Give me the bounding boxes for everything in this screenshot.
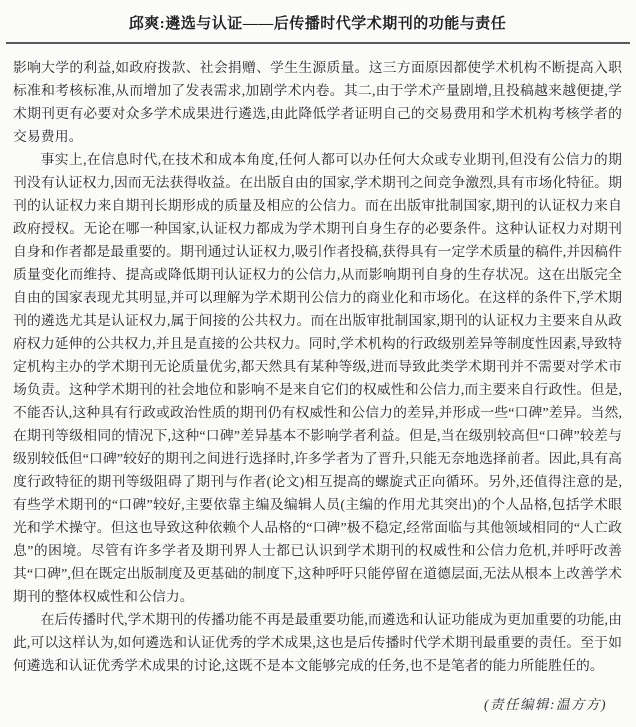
paragraph: 在后传播时代,学术期刊的传播功能不再是最重要功能,而遴选和认证功能成为更加重要的… <box>13 608 622 677</box>
editor-note: (责任编辑:温方方) <box>13 693 622 716</box>
article-body: 影响大学的利益,如政府拨款、社会捐赠、学生生源质量。这三方面原因都使学术机构不断… <box>13 56 622 677</box>
paragraph: 事实上,在信息时代,在技术和成本角度,任何人都可以办任何大众或专业期刊,但没有公… <box>13 148 622 608</box>
header-rule <box>6 42 630 44</box>
running-head-title: 邱爽:遴选与认证——后传播时代学术期刊的功能与责任 <box>13 14 622 34</box>
journal-page: 邱爽:遴选与认证——后传播时代学术期刊的功能与责任 影响大学的利益,如政府拨款、… <box>0 0 636 727</box>
paragraph-continuation: 影响大学的利益,如政府拨款、社会捐赠、学生生源质量。这三方面原因都使学术机构不断… <box>13 56 622 148</box>
